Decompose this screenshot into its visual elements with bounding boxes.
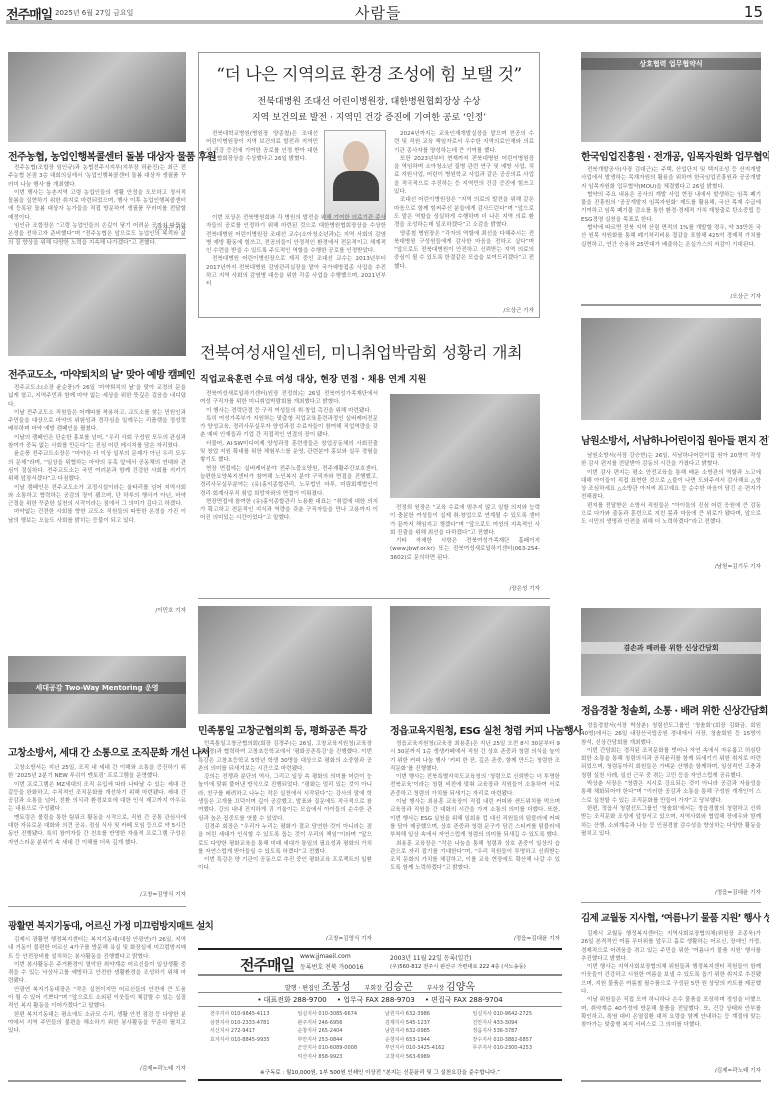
masthead-logo: 전주매일 [240, 954, 294, 975]
lead-subtitle: 지역 보건의료 발전 · 지역민 건강 증진에 기여한 공로 ‘인정’ [200, 110, 538, 123]
photo-nonghyup [8, 52, 186, 142]
divider [8, 1080, 186, 1082]
byline: /정읍=김대윤 기자 [390, 934, 560, 942]
divider [581, 1080, 761, 1082]
article-title: 남원소방서, 서남하나어린이집 원아들 편지 전달 [581, 432, 769, 447]
photo-coffee-event [390, 606, 550, 714]
branch-directory: 전주지사 010-9845-4113임실지사 010-3085-6674남원지사… [210, 1010, 560, 1061]
masthead-footer: ※구독료 : 월10,000원, 1부 500원 인쇄인 이상전 “본지는 신문… [198, 1068, 562, 1076]
byline: /이민호 기자 [8, 606, 186, 614]
masthead-staff: 발행 · 편집인 조봉성 부회장 김승곤 부사장 김양옥 [198, 978, 562, 993]
article-body: 전주농협(조합장 임인규)과 농협전주시지부(지부장 허윤진)는 최근 전주농협… [8, 164, 186, 247]
masthead-address: (우)560-812 전주시 완산구 가련대로 222 4층 (서노송동) [390, 962, 526, 970]
byline: /고창=김영식 기자 [8, 890, 186, 898]
photo-banner: 겸손과 배려를 위한 신상간담회 [581, 642, 761, 654]
masthead-bottom-rule [198, 1079, 562, 1081]
lead-body-col2: 2024년까지는 교육인재개발실장을 맡으며 전공의 수련 및 직원 교육 책임… [394, 130, 534, 271]
photo-children-firefighters [581, 318, 761, 420]
portrait-suit [333, 171, 379, 201]
feature-headline: 전북여성새일센터, 미니취업박람회 성황리 개최 [200, 340, 522, 363]
article-body: 전주교도소(소장 윤순풍)가 26일 ‘마약퇴치의 날’을 맞아 교정의 문을 … [8, 384, 186, 525]
masthead-rule [198, 992, 562, 993]
photo-peace-lecture [198, 606, 372, 714]
article-body: 민족통일고창군협의회(회장 김경주)는 26일, 고창교육지원청(교육장 현숙경… [198, 740, 372, 873]
divider [8, 906, 186, 907]
masthead-website: www.jjmaeil.com [300, 953, 351, 960]
masthead-reg-date: 2003년 11월 22일 등록(일간) [390, 953, 472, 962]
photo-banner: 상호협력 업무협약식 [581, 58, 761, 70]
masthead-rule [198, 1006, 562, 1007]
photo-prison-campaign [8, 254, 186, 356]
header-rule [6, 20, 763, 24]
article-title: 김제 교월동 지사협, ‘여름나기 물품 지원’ 행사 성료 [581, 910, 769, 924]
feature-body-col1: 전북여성새로일하기센터(원장 전정희)는 26일 전북여성가족재단에서 여성 구… [200, 390, 378, 523]
masthead-top-rule [198, 948, 562, 950]
article-body: 정읍교육지원청(교육장 최용훈)은 지난 25일 오전 8시 30분부터 9시 … [390, 740, 560, 873]
photo-banner: 세대공감 Two-Way Mentoring 운영 [8, 682, 186, 694]
photo-gochang-fire: 세대공감 Two-Way Mentoring 운영 [8, 656, 186, 728]
article-title: 고창소방서, 세대 간 소통으로 조직문화 개선 나서 [8, 744, 210, 759]
byline: /오상근 기자 [581, 292, 761, 300]
article-body: 고창소방서는 지난 25일, 조직 내 세대 간 이해와 소통을 증진하기 위한… [8, 764, 186, 847]
divider [8, 238, 186, 239]
article-title: 전주농협, 농업인행복콜센터 돌봄 대상자 물품 후원 [8, 148, 216, 163]
portrait-photo [324, 130, 386, 220]
masthead-registration: 등록번호 전북 가00016 [300, 962, 363, 971]
lead-subtitle: 전북대병원 조대선 어린이병원장, 대한병원협회장상 수상 [200, 94, 538, 107]
byline: /오상근 기자 [8, 224, 186, 232]
article-title: 전주교도소, ‘마약퇴치의 날’ 맞아 예방 캠페인 [8, 366, 195, 381]
byline: /장은성 기자 [390, 584, 540, 592]
article-body: 김제시 광활면 행정복지센터는 복지기동대(대장 안광연)가 26일, 지역 내… [8, 936, 186, 1036]
byline: /오상근 기자 [394, 306, 534, 314]
byline: /남원=김기두 기자 [581, 562, 761, 570]
lead-body-col1: 전북대학교병원(병원장 양종철)은 조대선 어린이병원장이 지역 보건의료 발전… [206, 130, 318, 163]
photo-mou-signing: 상호협력 업무협약식 [581, 52, 761, 142]
article-title: 정읍교육지원청, ESG 실천 청렴 커피 나눔행사 [390, 722, 582, 737]
byline: /고창=김영식 기자 [198, 934, 372, 942]
photo-job-fair [390, 394, 540, 498]
byline: /정읍=김대윤 기자 [581, 888, 761, 896]
article-body: 전북개발공사(사장 김대근)는 주택, 산업단지 및 택지조성 등 산지개발 사… [581, 166, 761, 249]
article-title: 한국임업진흥원 · 전개공, 임목자원화 업무협약 [581, 148, 769, 163]
article-body: 정읍경찰서(서장 박상춘) 청렴선도그룹인 ‘청솔회’(회장 김화금, 회원 4… [581, 722, 761, 838]
byline: /김제=곽노태 기자 [8, 1064, 186, 1072]
article-title: 정읍경찰 청솔회, 소통 · 배려 위한 신상간담회 [581, 702, 768, 717]
article-body: 남원소방서(서장 강승현)는 26일, 서남하나어린이집 원아 20명이 작성한… [581, 452, 761, 527]
divider [581, 902, 761, 903]
article-body: 김제시 교월동 행정복지센터는 지역사회보장협의체(위원장 조종욱)가 26일 … [581, 930, 761, 1030]
masthead-phones: • 대표전화 288-9700 • 업무국 FAX 288-9703 • 편집국… [198, 995, 562, 1005]
byline: /김제=곽노태 기자 [581, 1066, 761, 1074]
article-title: 광활면 복지기동대, 어르신 가정 미끄럼방지매트 설치 [8, 918, 213, 932]
article-title: 민족통일 고창군협의회 등, 평화공존 특강 [198, 722, 367, 737]
photo-police-hike: 겸손과 배려를 위한 신상간담회 [581, 608, 761, 696]
lead-headline: “더 나은 지역의료 환경 조성에 힘 보탤 것” [200, 60, 538, 85]
lead-body-col1b: 이번 포상은 전북병원회와 각 병원의 발전을 위해 기여한 의료기관 종사자들… [206, 214, 386, 289]
page-number: 15 [744, 3, 763, 21]
feature-subtitle: 직업교육훈련 수료 여성 대상, 현장 면접 · 채용 연계 지원 [200, 372, 426, 385]
divider [198, 598, 550, 599]
feature-body-col2: 전정희 원장은 “교육 수료에 멈추지 않고 일할 의지와 능력이 충분한 여성… [390, 504, 540, 562]
masthead-rule [198, 974, 562, 976]
divider [581, 304, 761, 306]
issue-date: 2025년 6월 27일 금요일 [55, 8, 133, 18]
portrait-face [343, 141, 369, 173]
